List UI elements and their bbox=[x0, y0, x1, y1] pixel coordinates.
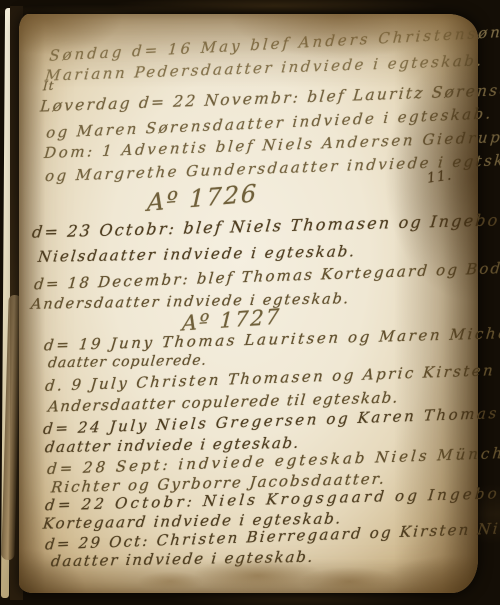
year-heading: Aº 1726 bbox=[147, 181, 259, 215]
manuscript-page: Søndag d= 16 May blef Anders Christensøn… bbox=[19, 14, 478, 593]
manuscript-line: d= 18 Decembr: blef Thomas Kortegaard og… bbox=[33, 261, 500, 293]
manuscript-line: d= 23 Octobr: blef Niels Thomasen og Ing… bbox=[31, 211, 500, 240]
manuscript-line: daatter copulerede. bbox=[47, 354, 207, 371]
manuscript-line: daatter indviede i egteskab. bbox=[50, 550, 315, 570]
page-number: 11. bbox=[426, 167, 453, 186]
manuscript-line: Andersdaatter indviede i egteskab. bbox=[30, 292, 350, 312]
margin-mark: It bbox=[43, 80, 55, 93]
manuscript-line: d= 19 Juny Thomas Lauritsen og Maren Mic… bbox=[43, 326, 500, 354]
manuscript-line: Nielsdaatter indviede i egteskab. bbox=[37, 244, 357, 265]
scanned-manuscript-photo: Søndag d= 16 May blef Anders Christensøn… bbox=[0, 0, 500, 605]
